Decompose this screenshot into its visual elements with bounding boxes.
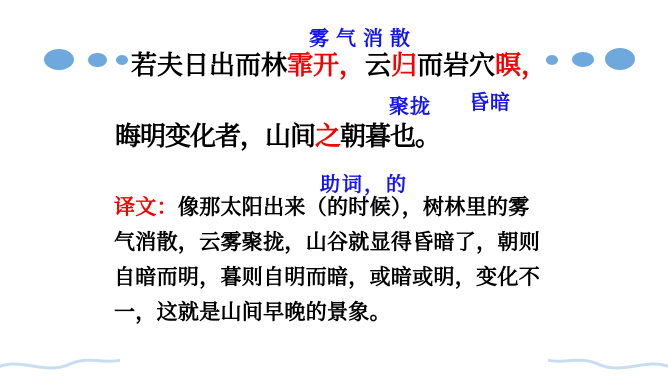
translation-line: 一，这就是山间早晚的景象。 bbox=[114, 295, 540, 330]
classical-text-line-2: 晦明变化者，山间之朝暮也。 bbox=[115, 121, 440, 151]
translation-line: 译文：像那太阳出来（的时候），树林里的雾 bbox=[114, 190, 540, 225]
translation-label: 译文： bbox=[114, 196, 178, 219]
annotation-dim: 昏暗 bbox=[469, 86, 511, 115]
ellipse-dot-large-left bbox=[44, 49, 74, 70]
wave-decoration-right bbox=[548, 350, 668, 376]
lesson-slide: 雾气消散 若夫日出而林霏开，云归而岩穴暝， 聚拢 昏暗 晦明变化者，山间之朝暮也… bbox=[0, 0, 668, 376]
text-segment-red: 归 bbox=[391, 50, 417, 80]
text-segment-black: 晦明变化者，山间 bbox=[115, 121, 315, 151]
text-segment-black: 若夫日出而林 bbox=[131, 50, 287, 80]
ellipse-dot-small-left bbox=[116, 55, 128, 65]
translation-line: 气消散，云雾聚拢，山谷就显得昏暗了，朝则 bbox=[114, 225, 540, 260]
text-segment-black: 云 bbox=[365, 50, 391, 80]
ellipse-dot-medium-left bbox=[88, 53, 107, 67]
ellipse-dot-small-right bbox=[546, 55, 558, 65]
annotation-gather: 聚拢 bbox=[389, 90, 431, 119]
text-segment-black: 朝暮也。 bbox=[340, 121, 440, 151]
translation-block: 译文：像那太阳出来（的时候），树林里的雾 气消散，云雾聚拢，山谷就显得昏暗了，朝… bbox=[114, 190, 540, 330]
text-segment-black: 而岩穴 bbox=[417, 50, 495, 80]
annotation-fog-disperse: 雾气消散 bbox=[309, 22, 417, 51]
ellipse-dot-medium-right bbox=[572, 52, 594, 67]
ellipse-dot-large-right bbox=[605, 48, 635, 70]
text-segment-red: 之 bbox=[315, 121, 340, 151]
translation-line: 自暗而明，暮则自明而暗，或暗或明，变化不 bbox=[114, 260, 540, 295]
wave-decoration-left bbox=[0, 350, 120, 376]
text-segment-red: 霏开， bbox=[287, 50, 365, 80]
classical-text-line-1: 若夫日出而林霏开，云归而岩穴暝， bbox=[131, 50, 547, 80]
text-segment-red: 暝， bbox=[495, 50, 547, 80]
translation-text: 像那太阳出来（的时候），树林里的雾 bbox=[178, 196, 530, 219]
